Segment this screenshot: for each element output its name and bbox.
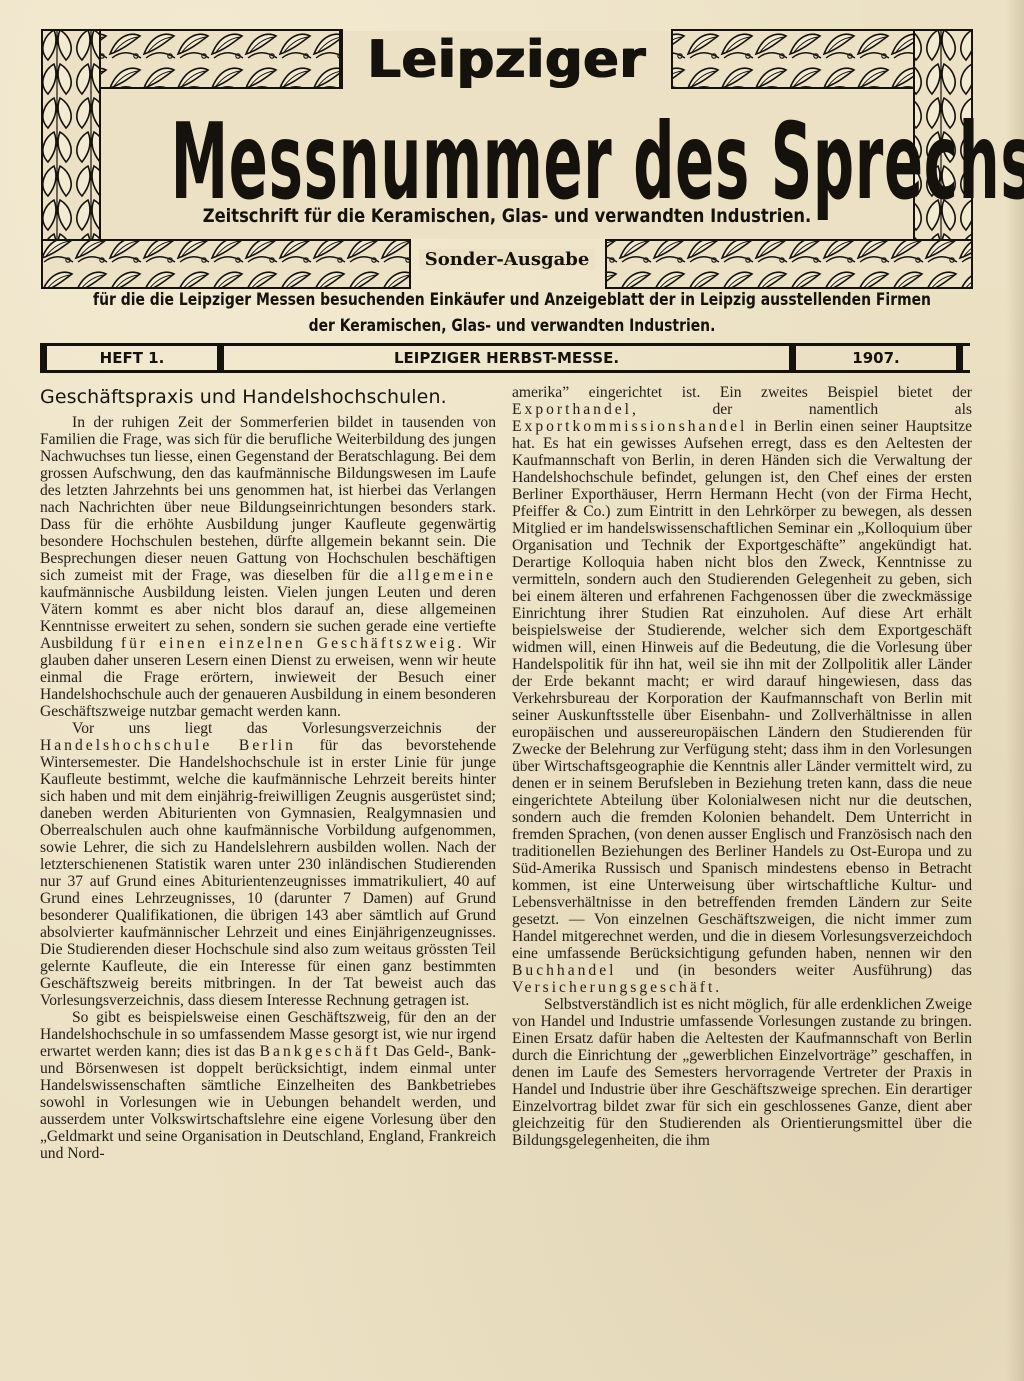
text-run: amerika” eingerichtet ist. Ein zweites B… [512,384,972,401]
tagline-line-1: für die die Leipziger Messen besuchenden… [92,290,932,310]
paragraph: Vor uns liegt das Vorlesungsverzeichnis … [40,720,496,1009]
masthead-title-top: Leipziger [40,30,974,90]
fair-name: LEIPZIGER HERBST-MESSE. [224,346,789,370]
text-run: Das Geld-, Bank- und Börsenwesen ist dop… [40,1043,496,1162]
bar-divider [956,346,963,370]
paragraph: In der ruhigen Zeit der Sommerferien bil… [40,414,496,720]
bar-divider [40,346,47,370]
emphasis-spaced: Versicherungsgeschäft. [512,979,722,996]
emphasis-spaced: Exportkommissionshandel [512,418,747,435]
paragraph: amerika” eingerichtet ist. Ein zweites B… [512,384,972,996]
text-run: In der ruhigen Zeit der Sommerferien bil… [40,414,496,584]
text-run: Selbstverständlich ist es nicht möglich,… [512,996,972,1149]
masthead: Leipziger Messnummer des Sprechsaal Zeit… [40,28,974,290]
issue-number: HEFT 1. [47,346,217,370]
emphasis-spaced: Buchhandel [512,962,616,979]
article-column-right: amerika” eingerichtet ist. Ein zweites B… [512,384,972,1149]
text-run: in Berlin einen seiner Hauptsitze hat. E… [512,418,972,962]
edition-label: Sonder-Ausgabe [40,249,974,270]
emphasis-spaced: für einen einzelnen Geschäftszweig. [121,635,465,652]
text-run: , der namentlich als [632,401,972,418]
tagline-line-2: der Keramischen, Glas- und verwandten In… [92,316,932,336]
paragraph: Selbstverständlich ist es nicht möglich,… [512,996,972,1149]
bar-divider [217,346,224,370]
paragraph: So gibt es beispielsweise einen Geschäft… [40,1009,496,1162]
emphasis-spaced: allgemeine [398,567,496,584]
text-run: für das bevorstehende Wintersemester. Di… [40,737,496,1009]
issue-year: 1907. [796,346,956,370]
emphasis-spaced: Exporthandel [512,401,632,418]
edition-label-text: Sonder-Ausgabe [419,249,596,270]
text-run: Vor uns liegt das Vorlesungsverzeichnis … [72,720,496,737]
article-column-left: Geschäftspraxis und Handelshochschulen. … [40,384,496,1162]
text-run: und (in besonders weiter Ausführung) das [616,962,972,979]
bar-divider [789,346,796,370]
masthead-subtitle: Zeitschrift für die Keramischen, Glas- u… [105,205,908,227]
issue-bar: HEFT 1. LEIPZIGER HERBST-MESSE. 1907. [40,343,970,373]
emphasis-spaced: Handelshochschule Berlin [40,737,296,754]
emphasis-spaced: Bankgeschäft [260,1043,381,1060]
article-headline: Geschäftspraxis und Handelshochschulen. [40,384,496,410]
